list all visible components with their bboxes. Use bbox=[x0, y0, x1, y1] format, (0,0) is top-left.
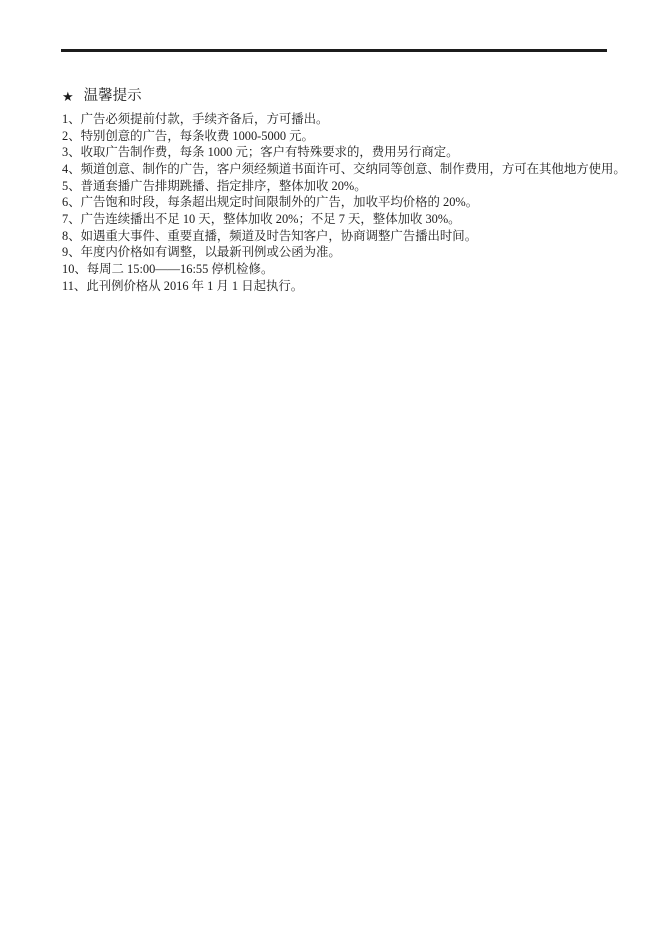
list-item-text: 年度内价格如有调整，以最新刊例或公函为准。 bbox=[81, 245, 341, 259]
list-item-text: 广告必须提前付款，手续齐备后，方可播出。 bbox=[81, 112, 329, 126]
star-icon: ★ bbox=[62, 88, 74, 105]
list-item-text: 广告连续播出不足 10 天，整体加收 20%；不足 7 天，整体加收 30%。 bbox=[81, 212, 461, 226]
list-item-number: 7、 bbox=[62, 212, 81, 226]
list-item-number: 8、 bbox=[62, 229, 81, 243]
list-item-text: 广告饱和时段，每条超出规定时间限制外的广告，加收平均价格的 20%。 bbox=[81, 195, 479, 209]
list-item-number: 10、 bbox=[62, 262, 87, 276]
list-item-number: 3、 bbox=[62, 145, 81, 159]
list-item: 2、特别创意的广告，每条收费 1000-5000 元。 bbox=[62, 128, 622, 145]
list-item: 1、广告必须提前付款，手续齐备后，方可播出。 bbox=[62, 111, 622, 128]
list-item-number: 4、 bbox=[62, 162, 81, 176]
list-item: 6、广告饱和时段，每条超出规定时间限制外的广告，加收平均价格的 20%。 bbox=[62, 194, 622, 211]
list-item-text: 频道创意、制作的广告，客户须经频道书面许可、交纳同等创意、制作费用，方可在其他地… bbox=[81, 162, 626, 176]
list-item: 10、每周二 15:00——16:55 停机检修。 bbox=[62, 261, 622, 278]
list-item-text: 此刊例价格从 2016 年 1 月 1 日起执行。 bbox=[86, 279, 303, 293]
list-item-number: 9、 bbox=[62, 245, 81, 259]
list-item-number: 2、 bbox=[62, 129, 81, 143]
tips-title: 温馨提示 bbox=[84, 88, 142, 105]
list-item-text: 普通套播广告排期跳播、指定排序，整体加收 20%。 bbox=[81, 179, 367, 193]
list-item: 7、广告连续播出不足 10 天，整体加收 20%；不足 7 天，整体加收 30%… bbox=[62, 211, 622, 228]
list-item-text: 特别创意的广告，每条收费 1000-5000 元。 bbox=[81, 129, 314, 143]
list-item-text: 如遇重大事件、重要直播，频道及时告知客户，协商调整广告播出时间。 bbox=[81, 229, 478, 243]
list-item: 8、如遇重大事件、重要直播，频道及时告知客户，协商调整广告播出时间。 bbox=[62, 228, 622, 245]
list-item-text: 每周二 15:00——16:55 停机检修。 bbox=[87, 262, 274, 276]
tips-list: 1、广告必须提前付款，手续齐备后，方可播出。 2、特别创意的广告，每条收费 10… bbox=[62, 111, 622, 294]
horizontal-rule bbox=[61, 49, 607, 52]
list-item: 5、普通套播广告排期跳播、指定排序，整体加收 20%。 bbox=[62, 178, 622, 195]
list-item-number: 6、 bbox=[62, 195, 81, 209]
tips-section: ★ 温馨提示 1、广告必须提前付款，手续齐备后，方可播出。 2、特别创意的广告，… bbox=[62, 88, 622, 294]
list-item-number: 1、 bbox=[62, 112, 81, 126]
list-item: 4、频道创意、制作的广告，客户须经频道书面许可、交纳同等创意、制作费用，方可在其… bbox=[62, 161, 622, 178]
list-item-number: 5、 bbox=[62, 179, 81, 193]
list-item-number: 11、 bbox=[62, 279, 86, 293]
list-item-text: 收取广告制作费，每条 1000 元；客户有特殊要求的，费用另行商定。 bbox=[81, 145, 459, 159]
list-item: 3、收取广告制作费，每条 1000 元；客户有特殊要求的，费用另行商定。 bbox=[62, 144, 622, 161]
list-item: 9、年度内价格如有调整，以最新刊例或公函为准。 bbox=[62, 244, 622, 261]
list-item: 11、此刊例价格从 2016 年 1 月 1 日起执行。 bbox=[62, 278, 622, 295]
tips-header: ★ 温馨提示 bbox=[62, 88, 622, 105]
